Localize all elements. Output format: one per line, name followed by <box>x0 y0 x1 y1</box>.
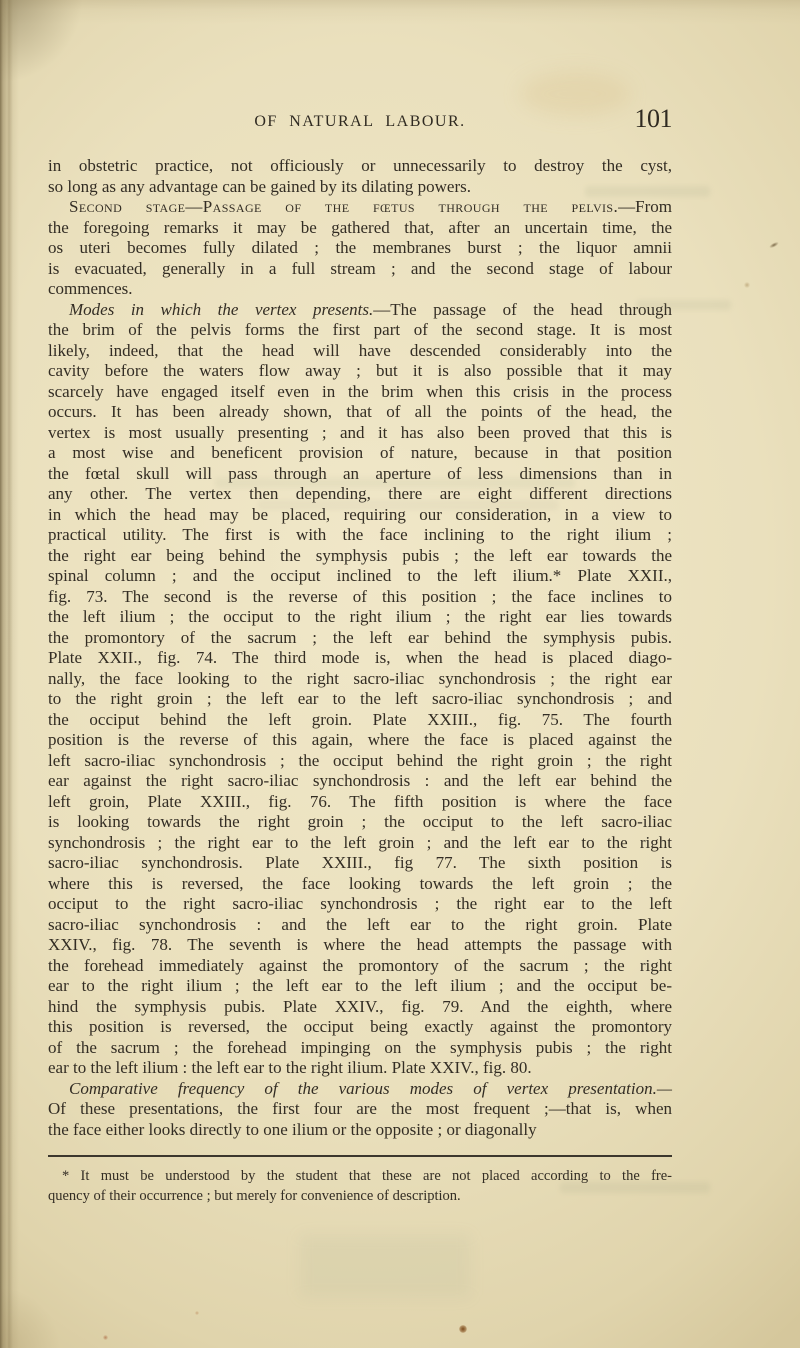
text-line: synchondrosis ; the right ear to the lef… <box>48 833 672 854</box>
foxing-spot <box>769 241 780 249</box>
text-line: ear to the right ilium ; the left ear to… <box>48 976 672 997</box>
text-line: position is the reverse of this again, w… <box>48 730 672 751</box>
text-line: scarcely have engaged itself even in the… <box>48 382 672 403</box>
text-line: a most wise and beneficent provision of … <box>48 443 672 464</box>
text-line: this position is reversed, the occiput b… <box>48 1017 672 1038</box>
text-line: Plate XXII., fig. 74. The third mode is,… <box>48 648 672 669</box>
text-line: ear against the right sacro-iliac syncho… <box>48 771 672 792</box>
text-line: os uteri becomes fully dilated ; the mem… <box>48 238 672 259</box>
foxing-spot <box>744 282 750 288</box>
text-line: sacro-iliac synchondrosis. Plate XXIII.,… <box>48 853 672 874</box>
page-number: 101 <box>48 104 672 134</box>
text-line: in obstetric practice, not officiously o… <box>48 156 672 177</box>
text-line: in which the head may be placed, requiri… <box>48 505 672 526</box>
text-line: Second stage—Passage of the fœtus throug… <box>48 197 672 218</box>
footnote-rule <box>48 1155 672 1157</box>
text-line: nally, the face looking to the right sac… <box>48 669 672 690</box>
text-line: * It must be understood by the student t… <box>48 1167 672 1187</box>
text-line: vertex is most usually presenting ; and … <box>48 423 672 444</box>
text-line: of the sacrum ; the forehead impinging o… <box>48 1038 672 1059</box>
text-line: the face either looks directly to one il… <box>48 1120 672 1141</box>
text-line: Modes in which the vertex presents.—The … <box>48 300 672 321</box>
text-line: cavity before the waters flow away ; but… <box>48 361 672 382</box>
text-line: so long as any advantage can be gained b… <box>48 177 672 198</box>
text-line: spinal column ; and the occiput inclined… <box>48 566 672 587</box>
text-line: the fœtal skull will pass through an ape… <box>48 464 672 485</box>
text-line: the foregoing remarks it may be gathered… <box>48 218 672 239</box>
text-line: the brim of the pelvis forms the first p… <box>48 320 672 341</box>
text-line: occurs. It has been already shown, that … <box>48 402 672 423</box>
text-line: quency of their occurrence ; but merely … <box>48 1187 672 1207</box>
text-line: is evacuated, generally in a full stream… <box>48 259 672 280</box>
text-line: the occiput behind the left groin. Plate… <box>48 710 672 731</box>
text-line: hind the symphysis pubis. Plate XXIV., f… <box>48 997 672 1018</box>
text-line: the promontory of the sacrum ; the left … <box>48 628 672 649</box>
text-line: commences. <box>48 279 672 300</box>
foxing-spot <box>459 1325 467 1333</box>
text-line: ear to the left ilium : the left ear to … <box>48 1058 672 1079</box>
text-line: likely, indeed, that the head will have … <box>48 341 672 362</box>
text-line: practical utility. The first is with the… <box>48 525 672 546</box>
text-line: XXIV., fig. 78. The seventh is where the… <box>48 935 672 956</box>
text-line: fig. 73. The second is the reverse of th… <box>48 587 672 608</box>
foxing-spot <box>195 1311 199 1315</box>
book-page: { "page": { "header": { "running_title":… <box>0 0 800 1348</box>
text-line: the left ilium ; the occiput to the righ… <box>48 607 672 628</box>
text-line: to the right groin ; the left ear to the… <box>48 689 672 710</box>
text-line: any other. The vertex then depending, th… <box>48 484 672 505</box>
text-line: where this is reversed, the face looking… <box>48 874 672 895</box>
text-line: Of these presentations, the first four a… <box>48 1099 672 1120</box>
bleed-through <box>300 1235 470 1297</box>
text-line: sacro-iliac synchondrosis : and the left… <box>48 915 672 936</box>
text-line: occiput to the right sacro-iliac synchon… <box>48 894 672 915</box>
text-line: left groin, Plate XXIII., fig. 76. The f… <box>48 792 672 813</box>
text-line: left sacro-iliac synchondrosis ; the occ… <box>48 751 672 772</box>
body-text: in obstetric practice, not officiously o… <box>48 156 672 1140</box>
foxing-spot <box>103 1335 108 1340</box>
footnote: * It must be understood by the student t… <box>48 1167 672 1206</box>
text-line: the right ear being behind the symphysis… <box>48 546 672 567</box>
text-line: Comparative frequency of the various mod… <box>48 1079 672 1100</box>
text-line: is looking towards the right groin ; the… <box>48 812 672 833</box>
text-line: the forehead immediately against the pro… <box>48 956 672 977</box>
